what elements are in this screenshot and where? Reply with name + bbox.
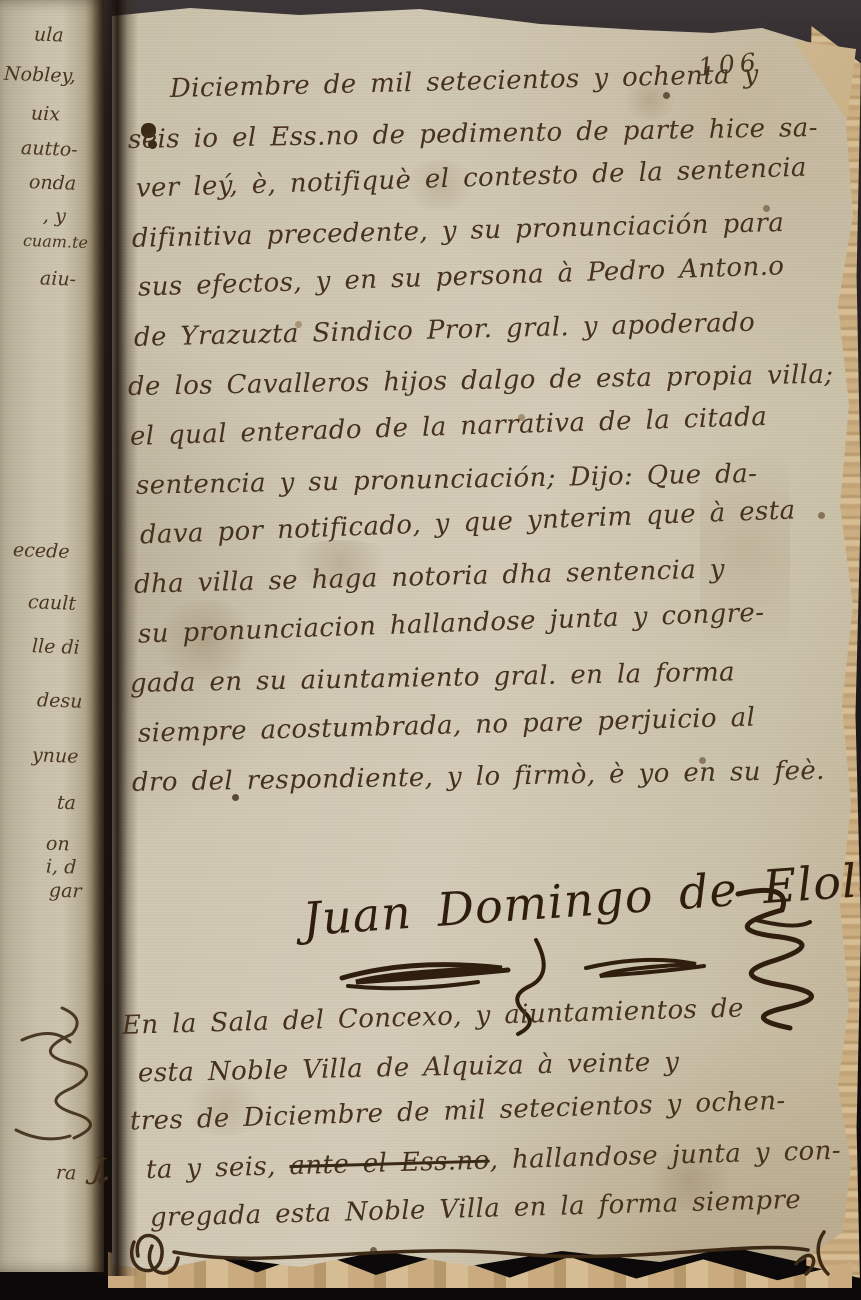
facing-page-fragment: Nobley,: [4, 63, 77, 87]
photo-backdrop: ula Nobley, uix autto- onda , y cuam.te …: [0, 0, 861, 1300]
text-segment: , hallandose junta y con-: [489, 1136, 841, 1176]
facing-page-fragment: ula: [34, 23, 64, 46]
facing-page-edge: ula Nobley, uix autto- onda , y cuam.te …: [0, 0, 104, 1272]
body-paragraph-2: En la Sala del Concexo, y aiuntamientos …: [116, 1002, 828, 1243]
facing-page-fragment: ynue: [31, 744, 78, 768]
facing-page-fragment: ra: [55, 1162, 76, 1185]
facing-page-fragment: i, d: [45, 855, 76, 878]
facing-page-fragment: cault: [28, 591, 77, 615]
text-segment: ta y seis,: [146, 1151, 290, 1185]
facing-page-fragment: on: [46, 833, 70, 856]
facing-page-fragment: uix: [31, 103, 61, 126]
facing-page-fragment: onda: [28, 171, 76, 195]
facing-page-fragment: , y: [43, 205, 67, 228]
facing-page-fragment: ta: [57, 792, 77, 815]
ink-specks: [0, 0, 5, 5]
facing-page-fragment: aiu-: [40, 267, 77, 290]
facing-page-fragment: lle di: [32, 635, 80, 659]
struck-text-segment: ante el Ess.no: [289, 1146, 490, 1182]
facing-page-fragment: autto-: [21, 137, 78, 161]
facing-page-fragment: cuam.te: [23, 231, 89, 252]
facing-page-fragment: ecede: [13, 539, 70, 563]
body-paragraph-1: Diciembre de mil setecientos y ochenta y…: [128, 66, 828, 809]
facing-page-fragment: desu: [36, 689, 82, 713]
facing-page-fragment: gar: [49, 879, 82, 902]
